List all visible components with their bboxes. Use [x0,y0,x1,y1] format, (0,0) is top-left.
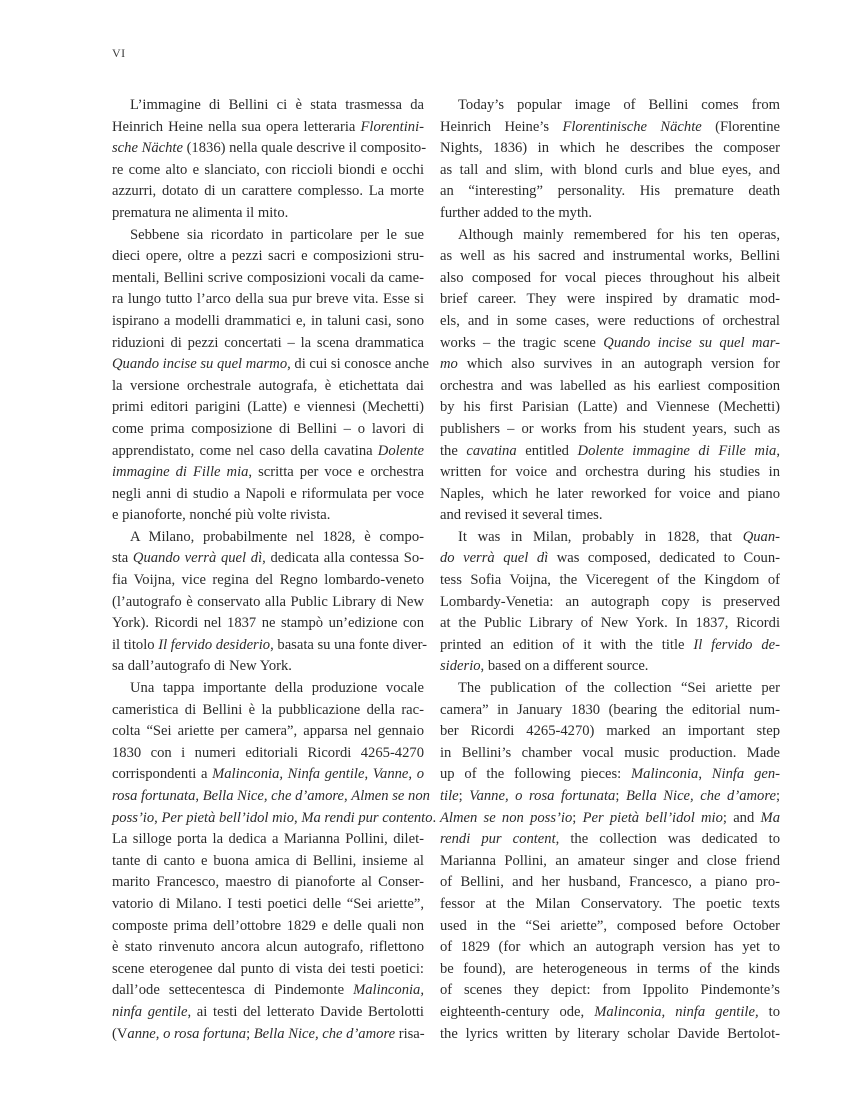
body-text: , basata su una fonte diver- [270,637,427,653]
text-line: as tall and slim, with blond curls and b… [440,160,780,182]
body-text: eighteenth-century ode, [440,1004,594,1020]
body-text: to [759,1004,780,1020]
body-text: the lyrics written by literary scholar D… [440,1026,780,1042]
body-text: scene eterogenee dal punto di vista dei … [112,961,424,977]
italic-title-text: Per pietà bell’idol mio [583,810,723,826]
body-text: è stato rinvenuto ancora alcun autografo… [112,939,424,955]
italic-title-text: Bella Nice, che d’amore [626,788,776,804]
text-line: The publication of the collection “Sei a… [440,678,780,700]
body-text: Today’s popular image of Bellini comes f… [458,97,780,113]
text-line: written for voice and orchestra during h… [440,462,780,484]
body-text: written for voice and orchestra during h… [440,464,780,480]
text-line: è stato rinvenuto ancora alcun autografo… [112,937,424,959]
text-line: further added to the myth. [440,203,780,225]
body-text: Sebbene sia ricordato in particolare per… [130,227,424,243]
body-text: (Florentine [702,119,780,135]
body-text: of Bellini, and her husband, Francesco, … [440,874,780,890]
body-text: azzurri, dotato di un carattere compless… [112,183,424,199]
body-text: be found), are heterogeneous in terms of… [440,961,780,977]
italic-title-text: Ma [761,810,780,826]
body-text: primi editori parigini (Latte) e viennes… [112,399,424,415]
italic-title-text: cavatina [466,443,516,459]
body-text: , [698,766,711,782]
body-text: colta “Sei ariette per camera”, apparsa … [112,723,424,739]
text-line: rosa fortunata, Bella Nice, che d’amore,… [112,786,424,808]
text-line: mo which also survives in an autograph v… [440,354,780,376]
body-text: The publication of the collection “Sei a… [458,680,780,696]
text-line: A Milano, probabilmente nel 1828, è comp… [112,527,424,549]
text-line: tess Sofia Voijna, the Viceregent of the… [440,570,780,592]
text-line: mentali, Bellini scrive composizioni voc… [112,268,424,290]
body-text: , scritta per voce e orchestra [248,464,424,480]
body-text: camera” in January 1830 (bearing the edi… [440,702,780,718]
body-text: of scenes they depict: from Ippolito Pin… [440,982,780,998]
italic-title-text: sche Nächte [112,140,183,156]
text-line: Naples, which he later reworked for voic… [440,484,780,506]
body-text: further added to the myth. [440,205,592,221]
text-line: riduzioni di pezzi concertati – la scena… [112,333,424,355]
body-text: apprendistato, come nel caso della cavat… [112,443,378,459]
body-text: composte prima dell’ottobre 1829 e delle… [112,918,424,934]
text-line: ber Ricordi 4265-4270) marked an importa… [440,721,780,743]
body-text: Although mainly remembered for his ten o… [458,227,780,243]
text-line: York). Ricordi nel 1837 ne stampò un’edi… [112,613,424,635]
text-line: Today’s popular image of Bellini comes f… [440,95,780,117]
text-line: negli anni di studio a Napoli e riformul… [112,484,424,506]
body-text: orchestra and was labelled as his earlie… [440,378,780,394]
text-line: ninfa gentile, ai testi del letterato Da… [112,1002,424,1024]
text-line: rendi pur content, the collection was de… [440,829,780,851]
body-text: fia Voijna, vice regina del Regno lombar… [112,572,424,588]
text-line: dall’ode settecentesca di Pindemonte Mal… [112,980,424,1002]
text-line: of 1829 (for which an autograph version … [440,937,780,959]
body-text: ; [246,1026,254,1042]
italic-title-text: Il fervido de- [693,637,780,653]
body-text: used in the “Sei ariette”, composed befo… [440,918,780,934]
body-text: an “interesting” personality. His premat… [440,183,780,199]
text-line: fessor at the Milan Conservatory. The po… [440,894,780,916]
text-line: corrispondenti a Malinconia, Ninfa genti… [112,764,424,786]
italic-title-text: Florentinische Nächte [562,119,701,135]
body-text: vatorio di Milano. I testi poetici delle… [112,896,424,912]
text-line: Sebbene sia ricordato in particolare per… [112,225,424,247]
text-line: do verrà quel dì was composed, dedicated… [440,548,780,570]
body-text: Una tappa importante della produzione vo… [130,680,424,696]
body-text: La silloge porta la dedica a Marianna Po… [112,831,424,847]
text-line: colta “Sei ariette per camera”, apparsa … [112,721,424,743]
text-line: els, and in some cases, were reductions … [440,311,780,333]
text-line: eighteenth-century ode, Malinconia, ninf… [440,1002,780,1024]
body-text: tess Sofia Voijna, the Viceregent of the… [440,572,780,588]
italic-title-text: Ninfa gen- [712,766,780,782]
text-line: Lombardy-Venetia: an autograph copy is p… [440,592,780,614]
body-text: as well as his sacred and instrumental w… [440,248,780,264]
text-line: marito Francesco, maestro di pianoforte … [112,872,424,894]
body-text: mentali, Bellini scrive composizioni voc… [112,270,424,286]
text-line: apprendistato, come nel caso della cavat… [112,441,424,463]
text-line: sta Quando verrà quel dì, dedicata alla … [112,548,424,570]
italic-title-text: Quan- [743,529,780,545]
body-text: ; [572,810,582,826]
body-text: of 1829 (for which an autograph version … [440,939,780,955]
body-text: L’immagine di Bellini ci è stata trasmes… [130,97,424,113]
italic-title-text: mo [440,356,458,372]
body-text: , [195,788,202,804]
italic-title-text: anne, o rosa fortuna [127,1026,246,1042]
italic-title-text: Malinconia, Ninfa gentile [212,766,364,782]
italic-title-text: siderio [440,658,481,674]
text-line: (Vanne, o rosa fortuna; Bella Nice, che … [112,1024,424,1046]
body-text: A Milano, probabilmente nel 1828, è comp… [130,529,424,545]
italic-title-text: Dolente [378,443,424,459]
body-text: sa dall’autografo di New York. [112,658,292,674]
italic-title-text: Bella Nice, che d’amore [254,1026,395,1042]
italic-title-text: Ma rendi pur contento [301,810,432,826]
italic-title-text: Malinconia, ninfa gentile, [594,1004,758,1020]
text-line: as well as his sacred and instrumental w… [440,246,780,268]
body-text: , [364,766,372,782]
body-text: by his first Parisian (Latte) and Vienne… [440,399,780,415]
text-line: Heinrich Heine’s Florentinische Nächte (… [440,117,780,139]
body-text: (l’autografo è conservato alla Public Li… [112,594,424,610]
body-text: ra lungo tutto l’arco della sua pur brev… [112,291,424,307]
text-line: and revised it several times. [440,505,780,527]
body-text: corrispondenti a [112,766,212,782]
body-text: marito Francesco, maestro di pianoforte … [112,874,424,890]
text-line: an “interesting” personality. His premat… [440,181,780,203]
body-text: , di cui si conosce anche [287,356,429,372]
body-text: riduzioni di pezzi concertati – la scena… [112,335,424,351]
text-line: It was in Milan, probably in 1828, that … [440,527,780,549]
text-line: fia Voijna, vice regina del Regno lombar… [112,570,424,592]
text-line: Almen se non poss’io; Per pietà bell’ido… [440,808,780,830]
italic-title-text: Bella Nice, che d’amore [203,788,344,804]
italian-text-column: L’immagine di Bellini ci è stata trasmes… [112,95,424,1045]
body-text: , ai testi del letterato Davide Bertolot… [187,1004,424,1020]
body-text: Lombardy-Venetia: an autograph copy is p… [440,594,780,610]
italic-title-text: Florentini- [361,119,425,135]
text-line: composte prima dell’ottobre 1829 e delle… [112,916,424,938]
text-line: La silloge porta la dedica a Marianna Po… [112,829,424,851]
body-text: (1836) nella quale descrive il composito… [183,140,426,156]
english-text-column: Today’s popular image of Bellini comes f… [440,95,780,1045]
text-line: the lyrics written by literary scholar D… [440,1024,780,1046]
italic-title-text: Il fervido desiderio [158,637,270,653]
body-text: Heinrich Heine nella sua opera letterari… [112,119,361,135]
text-line: (l’autografo è conservato alla Public Li… [112,592,424,614]
text-line: sa dall’autografo di New York. [112,656,424,678]
text-line: primi editori parigini (Latte) e viennes… [112,397,424,419]
body-text: which also survives in an autograph vers… [458,356,780,372]
text-line: scene eterogenee dal punto di vista dei … [112,959,424,981]
body-text: the [440,443,466,459]
body-text: els, and in some cases, were reductions … [440,313,780,329]
text-line: L’immagine di Bellini ci è stata trasmes… [112,95,424,117]
text-line: dieci opere, oltre a pezzi sacri e compo… [112,246,424,268]
italic-title-text: immagine di Fille mia [112,464,248,480]
text-line: also composed for vocal pieces throughou… [440,268,780,290]
body-text: brief career. They were inspired by dram… [440,291,780,307]
text-line: brief career. They were inspired by dram… [440,289,780,311]
body-text: , based on a different source. [481,658,649,674]
italic-title-text: Dolente immagine di Fille mia [578,443,777,459]
body-text: dall’ode settecentesca di Pindemonte [112,982,353,998]
italic-title-text: Malinconia, [353,982,424,998]
body-text: works – the tragic scene [440,335,603,351]
text-line: tante di canto e buona amica di Bellini,… [112,851,424,873]
body-text: up of the following pieces: [440,766,631,782]
text-line: works – the tragic scene Quando incise s… [440,333,780,355]
text-line: Nights, 1836) in which he describes the … [440,138,780,160]
body-text: was composed, dedicated to Coun- [548,550,780,566]
body-text: Heinrich Heine’s [440,119,562,135]
italic-title-text: Quando incise su quel mar- [603,335,780,351]
body-text: 1830 con i numeri editoriali Ricordi 426… [112,745,424,761]
text-line: ra lungo tutto l’arco della sua pur brev… [112,289,424,311]
text-line: printed an edition of it with the title … [440,635,780,657]
body-text: ispirano a modelli drammatici e, in talu… [112,313,424,329]
body-text: It was in Milan, probably in 1828, that [458,529,743,545]
body-text: Nights, 1836) in which he describes the … [440,140,780,156]
body-text: at the Public Library of New York. In 18… [440,615,780,631]
text-line: vatorio di Milano. I testi poetici delle… [112,894,424,916]
text-line: Although mainly remembered for his ten o… [440,225,780,247]
body-text: , dedicata alla contessa So- [262,550,424,566]
body-text: sta [112,550,133,566]
text-line: come prima composizione di Bellini – o l… [112,419,424,441]
text-line: camera” in January 1830 (bearing the edi… [440,700,780,722]
body-text: and revised it several times. [440,507,603,523]
text-line: poss’io, Per pietà bell’idol mio, Ma ren… [112,808,424,830]
italic-title-text: do verrà quel dì [440,550,548,566]
italic-title-text: Almen se non [351,788,430,804]
italic-title-text: rosa fortunata [112,788,195,804]
text-line: by his first Parisian (Latte) and Vienne… [440,397,780,419]
italic-title-text: ninfa gentile [112,1004,187,1020]
text-line: the cavatina entitled Dolente immagine d… [440,441,780,463]
body-text: publishers – or works from his student y… [440,421,780,437]
body-text: risa- [395,1026,425,1042]
body-text: cameristica di Bellini è la pubblicazion… [112,702,424,718]
text-line: azzurri, dotato di un carattere compless… [112,181,424,203]
body-text: ; and [723,810,761,826]
italic-title-text: poss’io [112,810,154,826]
body-text: . [433,810,437,826]
text-line: Quando incise su quel marmo, di cui si c… [112,354,424,376]
text-line: orchestra and was labelled as his earlie… [440,376,780,398]
text-line: be found), are heterogeneous in terms of… [440,959,780,981]
text-line: Marianna Pollini, an amateur singer and … [440,851,780,873]
italic-title-text: Quando incise su quel marmo [112,356,287,372]
body-text: in Bellini’s chamber vocal music product… [440,745,780,761]
text-line: up of the following pieces: Malinconia, … [440,764,780,786]
text-line: immagine di Fille mia, scritta per voce … [112,462,424,484]
body-text: , the collection was dedicated to [556,831,780,847]
page-number: VI [112,46,126,61]
body-text: ; [615,788,626,804]
body-text: Naples, which he later reworked for voic… [440,486,780,502]
text-line: e pianoforte, nonché più volte rivista. [112,505,424,527]
text-line: tile; Vanne, o rosa fortunata; Bella Nic… [440,786,780,808]
body-text: fessor at the Milan Conservatory. The po… [440,896,780,912]
italic-title-text: tile [440,788,459,804]
text-line: ispirano a modelli drammatici e, in talu… [112,311,424,333]
italic-title-text: Per pietà bell’idol mio [161,810,294,826]
text-line: in Bellini’s chamber vocal music product… [440,743,780,765]
body-text: as tall and slim, with blond curls and b… [440,162,780,178]
italic-title-text: Vanne, o [373,766,424,782]
text-line: il titolo Il fervido desiderio, basata s… [112,635,424,657]
body-text: York). Ricordi nel 1837 ne stampò un’edi… [112,615,424,631]
body-text: prematura ne alimenta il mito. [112,205,288,221]
text-line: la versione orchestrale autografa, è eti… [112,376,424,398]
italic-title-text: rendi pur content [440,831,556,847]
text-line: Una tappa importante della produzione vo… [112,678,424,700]
body-text: tante di canto e buona amica di Bellini,… [112,853,424,869]
body-text: dieci opere, oltre a pezzi sacri e compo… [112,248,424,264]
italic-title-text: Vanne, o rosa fortunata [469,788,615,804]
body-text: il titolo [112,637,158,653]
body-text: e pianoforte, nonché più volte rivista. [112,507,330,523]
italic-title-text: Malinconia [631,766,698,782]
body-text: la versione orchestrale autografa, è eti… [112,378,424,394]
italic-title-text: Quando verrà quel dì [133,550,262,566]
text-line: used in the “Sei ariette”, composed befo… [440,916,780,938]
body-text: negli anni di studio a Napoli e riformul… [112,486,424,502]
body-text: printed an edition of it with the title [440,637,693,653]
text-line: prematura ne alimenta il mito. [112,203,424,225]
text-line: re come alto e slanciato, con riccioli b… [112,160,424,182]
text-line: siderio, based on a different source. [440,656,780,678]
text-line: cameristica di Bellini è la pubblicazion… [112,700,424,722]
body-text: ; [776,788,780,804]
text-line: publishers – or works from his student y… [440,419,780,441]
text-line: 1830 con i numeri editoriali Ricordi 426… [112,743,424,765]
body-text: entitled [517,443,578,459]
text-line: of scenes they depict: from Ippolito Pin… [440,980,780,1002]
italic-title-text: Almen se non poss’io [440,810,572,826]
body-text: ; [459,788,470,804]
text-line: of Bellini, and her husband, Francesco, … [440,872,780,894]
body-text: come prima composizione di Bellini – o l… [112,421,424,437]
text-line: at the Public Library of New York. In 18… [440,613,780,635]
body-text: re come alto e slanciato, con riccioli b… [112,162,424,178]
text-line: sche Nächte (1836) nella quale descrive … [112,138,424,160]
body-text: , [776,443,780,459]
text-line: Heinrich Heine nella sua opera letterari… [112,117,424,139]
body-text: (V [112,1026,127,1042]
body-text: ber Ricordi 4265-4270) marked an importa… [440,723,780,739]
body-text: also composed for vocal pieces throughou… [440,270,780,286]
body-text: Marianna Pollini, an amateur singer and … [440,853,780,869]
